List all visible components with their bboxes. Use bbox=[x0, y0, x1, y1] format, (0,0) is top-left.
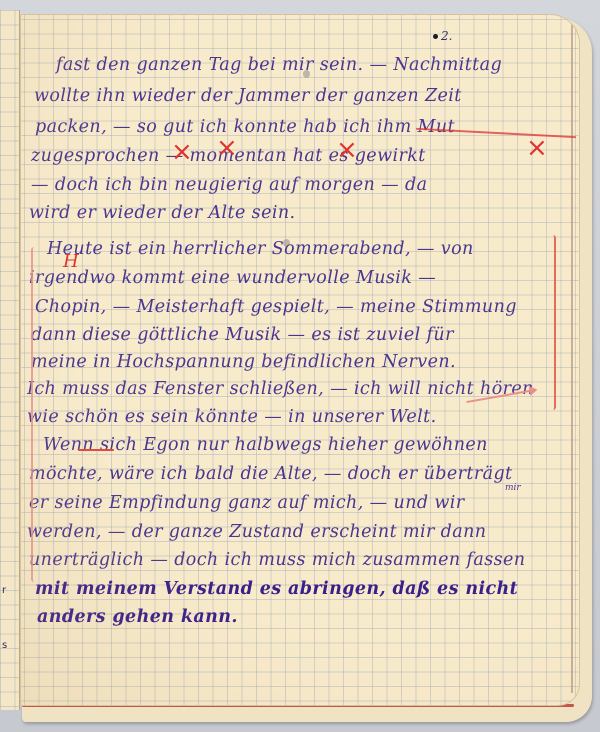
text-line: Chopin, — Meisterhaft gespielt, — meine … bbox=[35, 297, 517, 317]
margin-mark: r bbox=[2, 585, 6, 596]
red-margin-bracket bbox=[549, 235, 556, 410]
text-line: wollte ihn wieder der Jammer der ganzen … bbox=[34, 86, 462, 106]
red-initial-mark: H bbox=[63, 251, 79, 272]
text-line: Ich muss das Fenster schließen, — ich wi… bbox=[27, 379, 534, 399]
text-line: fast den ganzen Tag bei mir sein. — Nach… bbox=[56, 55, 502, 75]
text-line: wie schön es sein könnte — in unserer We… bbox=[27, 407, 437, 427]
facing-page-edge: r s bbox=[0, 10, 20, 710]
text-line: werden, — der ganze Zustand erscheint mi… bbox=[27, 522, 486, 542]
text-line: er seine Empfindung ganz auf mich, — und… bbox=[29, 493, 465, 513]
text-line: anders gehen kann. bbox=[37, 607, 238, 627]
text-line: Heute ist ein herrlicher Sommerabend, — … bbox=[47, 239, 474, 259]
text-line: dann diese göttliche Musik — es ist zuvi… bbox=[31, 325, 454, 345]
text-line: packen, — so gut ich konnte hab ich ihm … bbox=[35, 117, 455, 137]
red-cross-icon: × bbox=[336, 137, 358, 163]
red-cross-icon: × bbox=[171, 139, 193, 165]
text-line: wird er wieder der Alte sein. bbox=[29, 203, 295, 223]
red-cross-icon: × bbox=[216, 135, 238, 161]
text-line: meine in Hochspannung befindlichen Nerve… bbox=[31, 352, 456, 372]
page-number: 2. bbox=[433, 29, 452, 43]
inserted-word: mir bbox=[505, 483, 521, 493]
text-line: — doch ich bin neugierig auf morgen — da bbox=[31, 175, 427, 195]
page-right-edge bbox=[571, 23, 573, 693]
red-underline bbox=[78, 449, 114, 451]
text-line: Wenn sich Egon nur halbwegs hieher gewöh… bbox=[43, 435, 488, 455]
red-margin-bracket bbox=[31, 247, 39, 582]
margin-mark: s bbox=[2, 640, 7, 651]
text-line: unerträglich — doch ich muss mich zusamm… bbox=[29, 550, 525, 570]
text-line: mit meinem Verstand es abringen, daß es … bbox=[35, 579, 518, 599]
red-cross-icon: × bbox=[526, 135, 548, 161]
notebook-page: 2. fast den ganzen Tag bei mir sein. — N… bbox=[20, 14, 580, 706]
text-line: irgendwo kommt eine wundervolle Musik — bbox=[29, 268, 436, 288]
text-line: möchte, wäre ich bald die Alte, — doch e… bbox=[29, 464, 513, 484]
ink-dot-icon bbox=[433, 34, 438, 39]
